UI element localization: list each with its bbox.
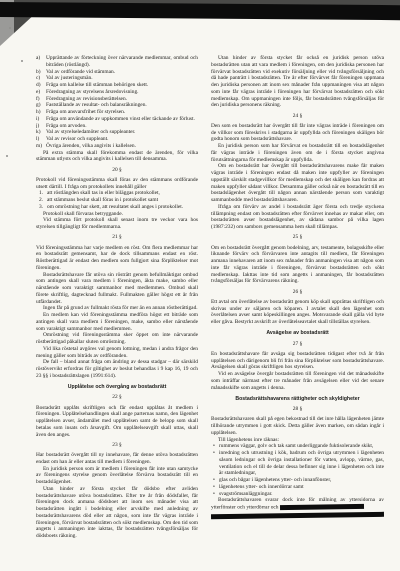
paragraph: Ingen får på grund av fullmakt rösta för…	[36, 305, 198, 312]
section-mark: 28 §	[211, 406, 384, 413]
bullet-item: •rummens väggar, golv och tak samt under…	[211, 443, 384, 450]
page-content: a)Upprättande av förteckning över närvar…	[36, 55, 384, 569]
list-text: att stämmans beslut skall föras in i pro…	[47, 197, 198, 204]
list-text: Fråga om arvoden.	[46, 123, 198, 130]
paragraph: Vid en avsägelse övergår bostadsrätten t…	[211, 371, 384, 391]
scan-speck	[6, 155, 8, 157]
list-marker: 1.	[39, 190, 47, 197]
scanned-document: { "colors": { "paper": "#f8f7f2", "ink":…	[0, 0, 400, 571]
paragraph: På extra stämma skall förekomma endast d…	[36, 150, 198, 164]
list-text: Val av styrelseledamöter och suppleanter…	[46, 129, 198, 136]
list-item: l)Val av revisor och suppleant.	[36, 136, 198, 143]
list-text: lägenhetens ytter- och innerdörrar samt	[219, 484, 384, 491]
paragraph: Om en bostadsrätt har övergått till bost…	[211, 163, 384, 204]
list-text: Upprättande av förteckning över närvaran…	[46, 55, 198, 69]
paragraph: Har bostadsrätt övergått till ny innehav…	[36, 452, 198, 466]
paragraph: Vid stämma fört protokoll skall senast i…	[36, 217, 198, 231]
list-text: rummens väggar, golv och tak samt underl…	[219, 443, 384, 450]
list-text: Föredragning av revisionsberättelsen.	[46, 96, 198, 103]
list-text: glas och bågar i lägenhetens ytter- och …	[219, 477, 384, 484]
list-marker: e)	[36, 89, 46, 96]
section-mark: 26 §	[211, 289, 384, 296]
paragraph-with-redaction: Bostadsrättshavaren svarar dock inte för…	[211, 497, 384, 511]
paragraph: En medlem kan vid föreningsstämma medför…	[36, 312, 198, 332]
list-item: c)Val av justeringsmän.	[36, 75, 198, 82]
list-marker: a)	[36, 55, 46, 69]
list-marker: 3.	[39, 204, 47, 211]
heading-rattigheter: Bostadsrättshavarens rättigheter och sky…	[211, 396, 384, 403]
list-item: i)Fråga om användande av uppkommen vinst…	[36, 116, 198, 123]
numbered-item: 3.om omröstning har skett, att resultate…	[36, 204, 198, 211]
scan-speck	[9, 27, 11, 29]
list-text: Fråga om användande av uppkommen vinst e…	[46, 116, 198, 123]
paragraph: Vid föreningsstämma har varje medlem en …	[36, 245, 198, 272]
right-column: Utan hinder av första stycket får också …	[211, 55, 384, 569]
list-text: Val av ordförande vid stämman.	[46, 69, 198, 76]
list-item: d)Fråga om kallelse till stämman behörig…	[36, 82, 198, 89]
list-marker: 2.	[39, 197, 47, 204]
paragraph: Protokoll vid föreningsstämma skall föra…	[36, 177, 198, 191]
heading-upplatelse: Upplåtelse och övergång av bostadsrätt	[36, 384, 198, 391]
paragraph: En juridisk person som har förvärvat en …	[211, 143, 384, 163]
list-item: g)Fastställande av resultat- och balansr…	[36, 102, 198, 109]
list-text: Fråga om kallelse till stämman behörigen…	[46, 82, 198, 89]
list-marker: c)	[36, 75, 46, 82]
section-mark: 23 §	[36, 442, 198, 449]
list-marker: i)	[36, 116, 46, 123]
bullet-item: •lägenhetens ytter- och innerdörrar samt	[211, 484, 384, 491]
paragraph: Bostadsrättshavare får utöva sin rösträt…	[36, 272, 198, 306]
bullet-item: •inredning och utrustning i kök, badrum …	[211, 450, 384, 477]
paragraph: Utan hinder av första stycket får också …	[211, 55, 384, 109]
list-item: b)Val av ordförande vid stämman.	[36, 69, 198, 76]
section-mark: 24 §	[211, 113, 384, 120]
redaction-bar	[280, 504, 364, 510]
paragraph: Bostadsrättshavaren skall på egen bekost…	[211, 416, 384, 436]
bullet-item: •glas och bågar i lägenhetens ytter- och…	[211, 477, 384, 484]
paragraph: Om en bostadsrätt övergått genom bodelni…	[211, 245, 384, 286]
paragraph: Utan hinder av första stycket får dödsbo…	[36, 486, 198, 540]
list-text: inredning och utrustning i kök, badrum o…	[219, 450, 384, 477]
paragraph: Ifråga om förvärv av andel i bostadsrätt…	[211, 204, 384, 231]
list-text: att röstlängden skall tas in eller biläg…	[47, 190, 198, 197]
paragraph: Bostadsrätt upplåts skriftligen och får …	[36, 405, 198, 439]
list-item: m)Övriga ärenden, vilka angivits i kalle…	[36, 143, 198, 150]
paragraph: Ett avtal om överlåtelse av bostadsrätt …	[211, 299, 384, 326]
list-item: k)Val av styrelseledamöter och suppleant…	[36, 129, 198, 136]
list-marker: g)	[36, 102, 46, 109]
list-text: Val av revisor och suppleant.	[46, 136, 198, 143]
section-mark: 25 §	[211, 234, 384, 241]
list-text: om omröstning har skett, att resultatet …	[47, 204, 198, 211]
section-mark: 20 §	[36, 167, 198, 174]
paragraph: Omröstning vid föreningsstämma sker öppe…	[36, 332, 198, 346]
paragraph: En juridisk person som är medlem i fören…	[36, 466, 198, 486]
numbered-item: 2.att stämmans beslut skall föras in i p…	[36, 197, 198, 204]
scan-edge-band	[0, 2, 400, 20]
list-text: Fråga om ansvarsfrihet för styrelsen.	[46, 109, 198, 116]
section-mark: 27 §	[211, 341, 384, 348]
list-text: Föredragning av styrelsens årsredovisnin…	[46, 89, 198, 96]
list-marker: l)	[36, 136, 46, 143]
section-mark: 22 §	[36, 394, 198, 401]
redaction-bar	[211, 511, 384, 518]
list-marker: d)	[36, 82, 46, 89]
list-item: j)Fråga om arvoden.	[36, 123, 198, 130]
left-column: a)Upprättande av förteckning över närvar…	[36, 55, 198, 569]
list-text: Fastställande av resultat- och balansräk…	[46, 102, 198, 109]
scan-speck	[21, 60, 23, 62]
paragraph: Vid lika röstetal avgöres val genom lott…	[36, 346, 198, 360]
numbered-item: 1.att röstlängden skall tas in eller bil…	[36, 190, 198, 197]
paragraph: Den som en bostadsrätt har övergått till…	[211, 123, 384, 143]
list-marker: m)	[36, 143, 46, 150]
heading-avsagelse: Avsägelse av bostadsrätt	[211, 330, 384, 337]
paragraph: De fall – bland annat fråga om ändring a…	[36, 359, 198, 379]
list-text: Val av justeringsmän.	[46, 75, 198, 82]
list-marker: h)	[36, 109, 46, 116]
list-item: f)Föredragning av revisionsberättelsen.	[36, 96, 198, 103]
section-mark: 21 §	[36, 234, 198, 241]
paragraph: En bostadsrättshavare får avsäga sig bos…	[211, 351, 384, 371]
list-item: a)Upprättande av förteckning över närvar…	[36, 55, 198, 69]
list-item: h)Fråga om ansvarsfrihet för styrelsen.	[36, 109, 198, 116]
list-text: Övriga ärenden, vilka angivits i kallels…	[46, 143, 198, 150]
list-item: e)Föredragning av styrelsens årsredovisn…	[36, 89, 198, 96]
list-marker: k)	[36, 129, 46, 136]
